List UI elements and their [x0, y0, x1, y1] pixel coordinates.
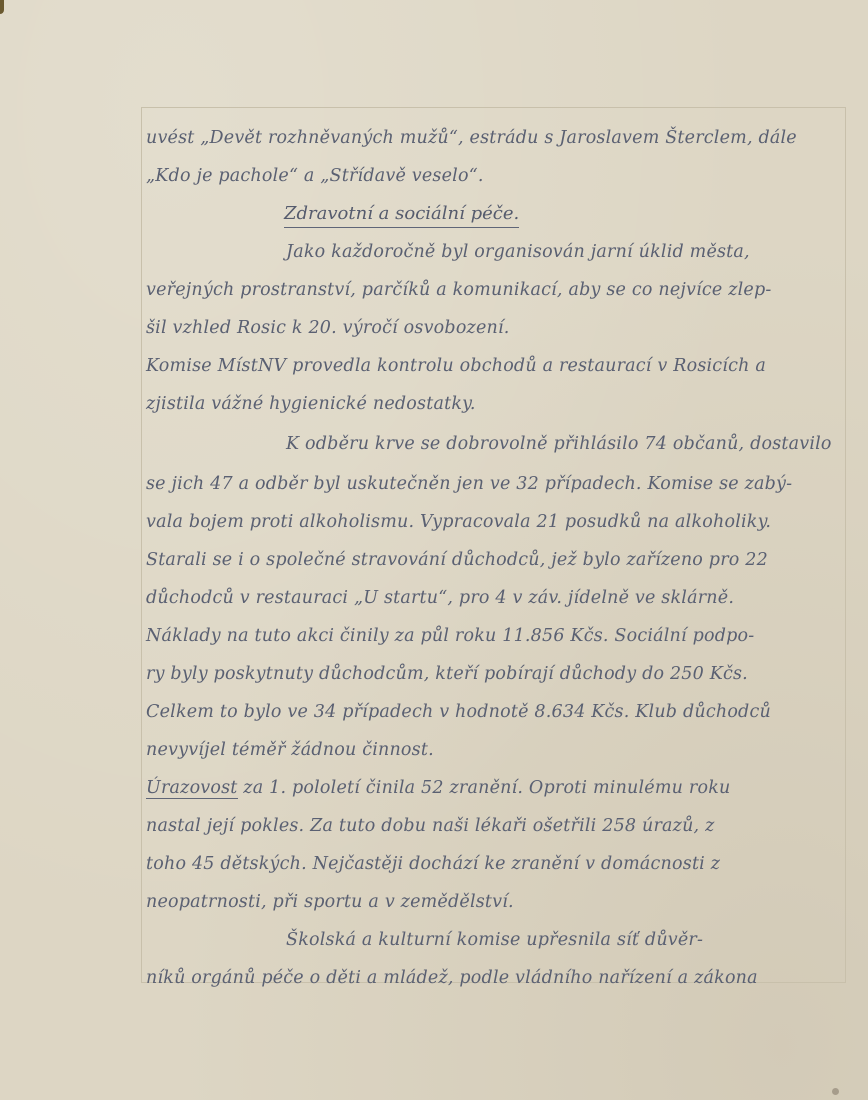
text-line: důchodců v restauraci „U startu“, pro 4 … [146, 586, 734, 610]
text-line: Celkem to bylo ve 34 případech v hodnotě… [146, 700, 771, 724]
text-line: nastal její pokles. Za tuto dobu naši lé… [146, 814, 715, 838]
text-line: se jich 47 a odběr byl uskutečněn jen ve… [146, 472, 792, 496]
text-line: toho 45 dětských. Nejčastěji dochází ke … [146, 852, 720, 876]
text-line-injuries: Úrazovost za 1. pololetí činila 52 zraně… [146, 776, 730, 800]
paragraph-start-line: Školská a kulturní komise upřesnila síť … [286, 928, 703, 952]
paper-stain [832, 1088, 839, 1095]
page-corner-mark [0, 0, 4, 14]
text-line: „Kdo je pachole“ a „Střídavě veselo“. [146, 164, 484, 188]
text-line: Komise MístNV provedla kontrolu obchodů … [146, 354, 766, 378]
text-line: vala bojem proti alkoholismu. Vypracoval… [146, 510, 771, 534]
text-line: Starali se i o společné stravování důcho… [146, 548, 768, 572]
text-line: uvést „Devět rozhněvaných mužů“, estrádu… [146, 126, 797, 150]
text-line: šil vzhled Rosic k 20. výročí osvobození… [146, 316, 510, 340]
paragraph-start-line: K odběru krve se dobrovolně přihlásilo 7… [286, 432, 832, 456]
text-line-rest: za 1. pololetí činila 52 zranění. Oproti… [238, 778, 731, 798]
text-line: ry byly poskytnuty důchodcům, kteří pobí… [146, 662, 748, 686]
section-heading: Zdravotní a sociální péče. [284, 202, 519, 228]
paragraph-start-line: Jako každoročně byl organisován jarní úk… [286, 240, 750, 264]
underlined-keyword: Úrazovost [146, 778, 238, 799]
text-line: veřejných prostranství, parčíků a komuni… [146, 278, 772, 302]
text-line: neopatrnosti, při sportu a v zemědělství… [146, 890, 514, 914]
text-line: níků orgánů péče o děti a mládež, podle … [146, 966, 758, 990]
text-line: Náklady na tuto akci činily za půl roku … [146, 624, 754, 648]
text-line: zjistila vážné hygienické nedostatky. [146, 392, 476, 416]
text-line: nevyvíjel téměř žádnou činnost. [146, 738, 434, 762]
